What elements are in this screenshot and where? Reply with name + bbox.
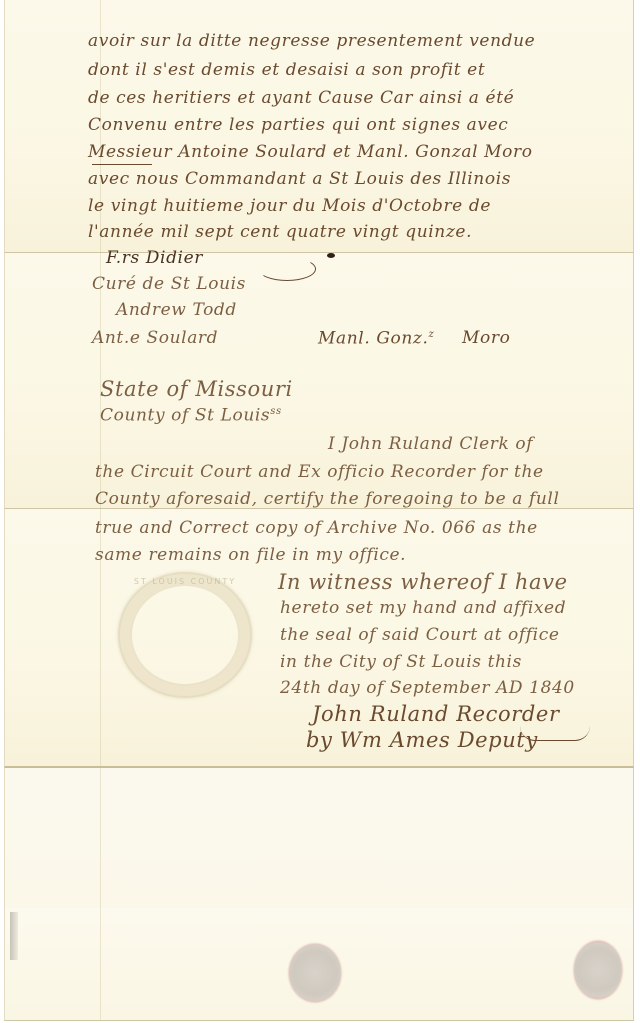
recorder-signature: John Ruland Recorder (312, 704, 560, 725)
fold-panel-4 (4, 768, 634, 909)
embossed-court-seal: ST LOUIS COUNTY (118, 572, 252, 698)
wax-seal-left (289, 944, 341, 1002)
deputy-signature: by Wm Ames Deputy (306, 730, 538, 751)
signature-soulard: Ant.e Soulard (92, 330, 218, 347)
witness-line-2: hereto set my hand and affixed (280, 600, 566, 617)
deed-line-8: l'année mil sept cent quatre vingt quinz… (88, 224, 472, 241)
deed-line-4: Convenu entre les parties qui ont signes… (88, 117, 508, 134)
certificate-line-1: I John Ruland Clerk of (328, 436, 533, 453)
deed-line-6: avec nous Commandant a St Louis des Illi… (88, 171, 511, 188)
ink-blot (327, 253, 335, 258)
certificate-line-2: the Circuit Court and Ex officio Recorde… (95, 464, 544, 481)
signature-didier: F.rs Didier (106, 250, 203, 267)
signature-didier-title: Curé de St Louis (92, 276, 246, 293)
county-ss: ss (270, 406, 281, 417)
certificate-county-heading: County of St Louisss (100, 407, 282, 425)
deed-line-2: dont il s'est demis et desaisi a son pro… (88, 62, 485, 79)
certificate-line-3: County aforesaid, certify the foregoing … (95, 491, 560, 508)
witness-line-4: in the City of St Louis this (280, 654, 522, 671)
gonzalez-name: Manl. Gonz. (318, 329, 428, 349)
messieur-underline (92, 164, 152, 165)
witness-line-5: 24th day of September AD 1840 (280, 680, 575, 697)
signature-todd: Andrew Todd (116, 302, 237, 319)
witness-line-1: In witness whereof I have (278, 572, 568, 593)
certificate-line-5: same remains on file in my office. (95, 547, 406, 564)
deed-line-7: le vingt huitieme jour du Mois d'Octobre… (88, 198, 491, 215)
signature-gonzalez: Manl. Gonz.z (318, 330, 434, 348)
witness-line-3: the seal of said Court at office (280, 627, 559, 644)
signature-moro: Moro (462, 330, 510, 347)
deed-line-3: de ces heritiers et ayant Cause Car ains… (88, 90, 514, 107)
certificate-line-4: true and Correct copy of Archive No. 066… (95, 520, 538, 537)
wax-seal-right (574, 941, 622, 999)
didier-flourish (258, 257, 316, 281)
gonzalez-superscript: z (428, 329, 434, 340)
deed-line-5: Messieur Antoine Soulard et Manl. Gonzal… (88, 144, 533, 161)
paper-edge-shadow (10, 912, 18, 960)
county-name: County of St Louis (100, 406, 270, 426)
certificate-state-heading: State of Missouri (100, 379, 293, 400)
deed-line-1: avoir sur la ditte negresse presentement… (88, 33, 535, 50)
signature-flourish (520, 726, 590, 741)
seal-ring-text: ST LOUIS COUNTY (120, 574, 250, 696)
